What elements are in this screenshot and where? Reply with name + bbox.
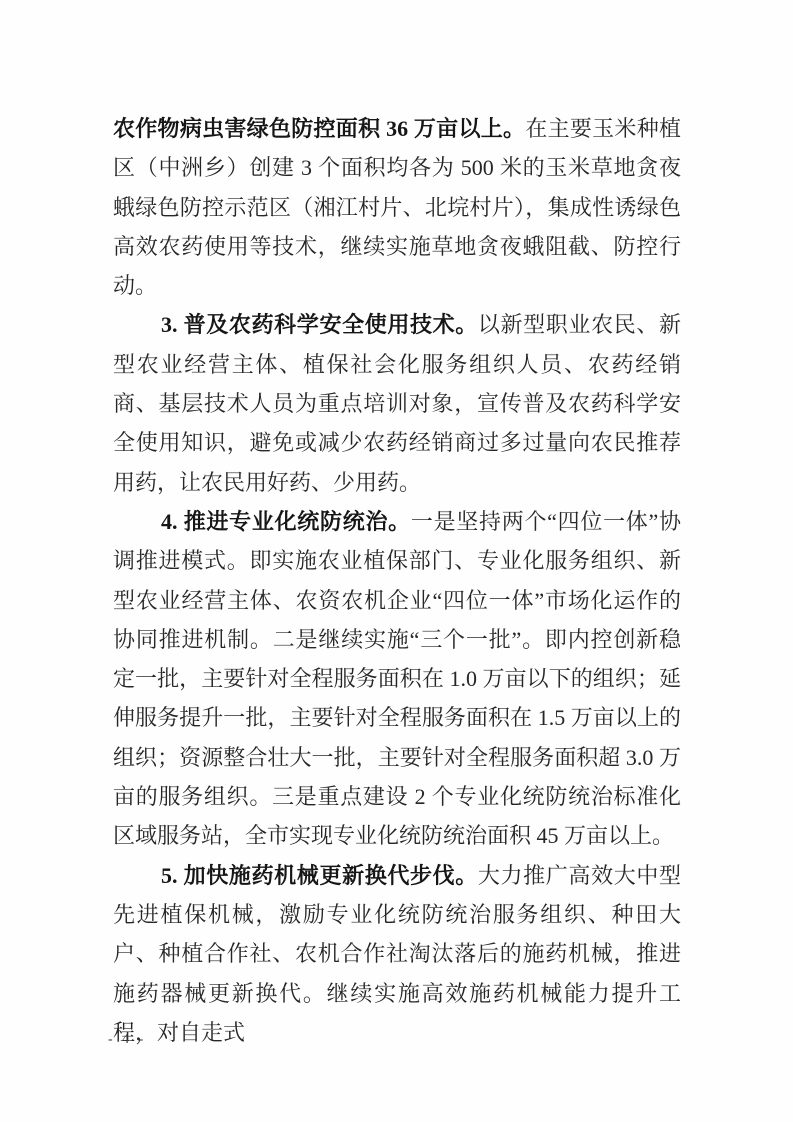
document-body: 农作物病虫害绿色防控面积 36 万亩以上。在主要玉米种植区（中洲乡）创建 3 个… — [113, 109, 681, 1052]
paragraph: 5. 加快施药机械更新换代步伐。大力推广高效大中型先进植保机械，激励专业化统防统… — [113, 856, 681, 1052]
paragraph: 4. 推进专业化统防统治。一是坚持两个“四位一体”协调推进模式。即实施农业植保部… — [113, 502, 681, 856]
paragraph-heading: 4. 推进专业化统防统治。 — [161, 509, 411, 534]
paragraph: 3. 普及农药科学安全使用技术。以新型职业农民、新型农业经营主体、植保社会化服务… — [113, 305, 681, 501]
paragraph-text: 在主要玉米种植区（中洲乡）创建 3 个面积均各为 500 米的玉米草地贪夜蛾绿色… — [113, 116, 681, 298]
paragraph-heading: 农作物病虫害绿色防控面积 36 万亩以上。 — [113, 116, 525, 141]
document-page: 农作物病虫害绿色防控面积 36 万亩以上。在主要玉米种植区（中洲乡）创建 3 个… — [0, 0, 793, 1122]
page-number: - 4 - — [108, 1032, 146, 1048]
paragraph-text: 以新型职业农民、新型农业经营主体、植保社会化服务组织人员、农药经销商、基层技术人… — [113, 312, 681, 494]
paragraph-text: 一是坚持两个“四位一体”协调推进模式。即实施农业植保部门、专业化服务组织、新型农… — [113, 509, 681, 848]
paragraph-heading: 3. 普及农药科学安全使用技术。 — [161, 312, 478, 337]
paragraph-text: 大力推广高效大中型先进植保机械，激励专业化统防统治服务组织、种田大户、种植合作社… — [113, 863, 681, 1045]
paragraph: 农作物病虫害绿色防控面积 36 万亩以上。在主要玉米种植区（中洲乡）创建 3 个… — [113, 109, 681, 305]
paragraph-heading: 5. 加快施药机械更新换代步伐。 — [161, 863, 478, 888]
